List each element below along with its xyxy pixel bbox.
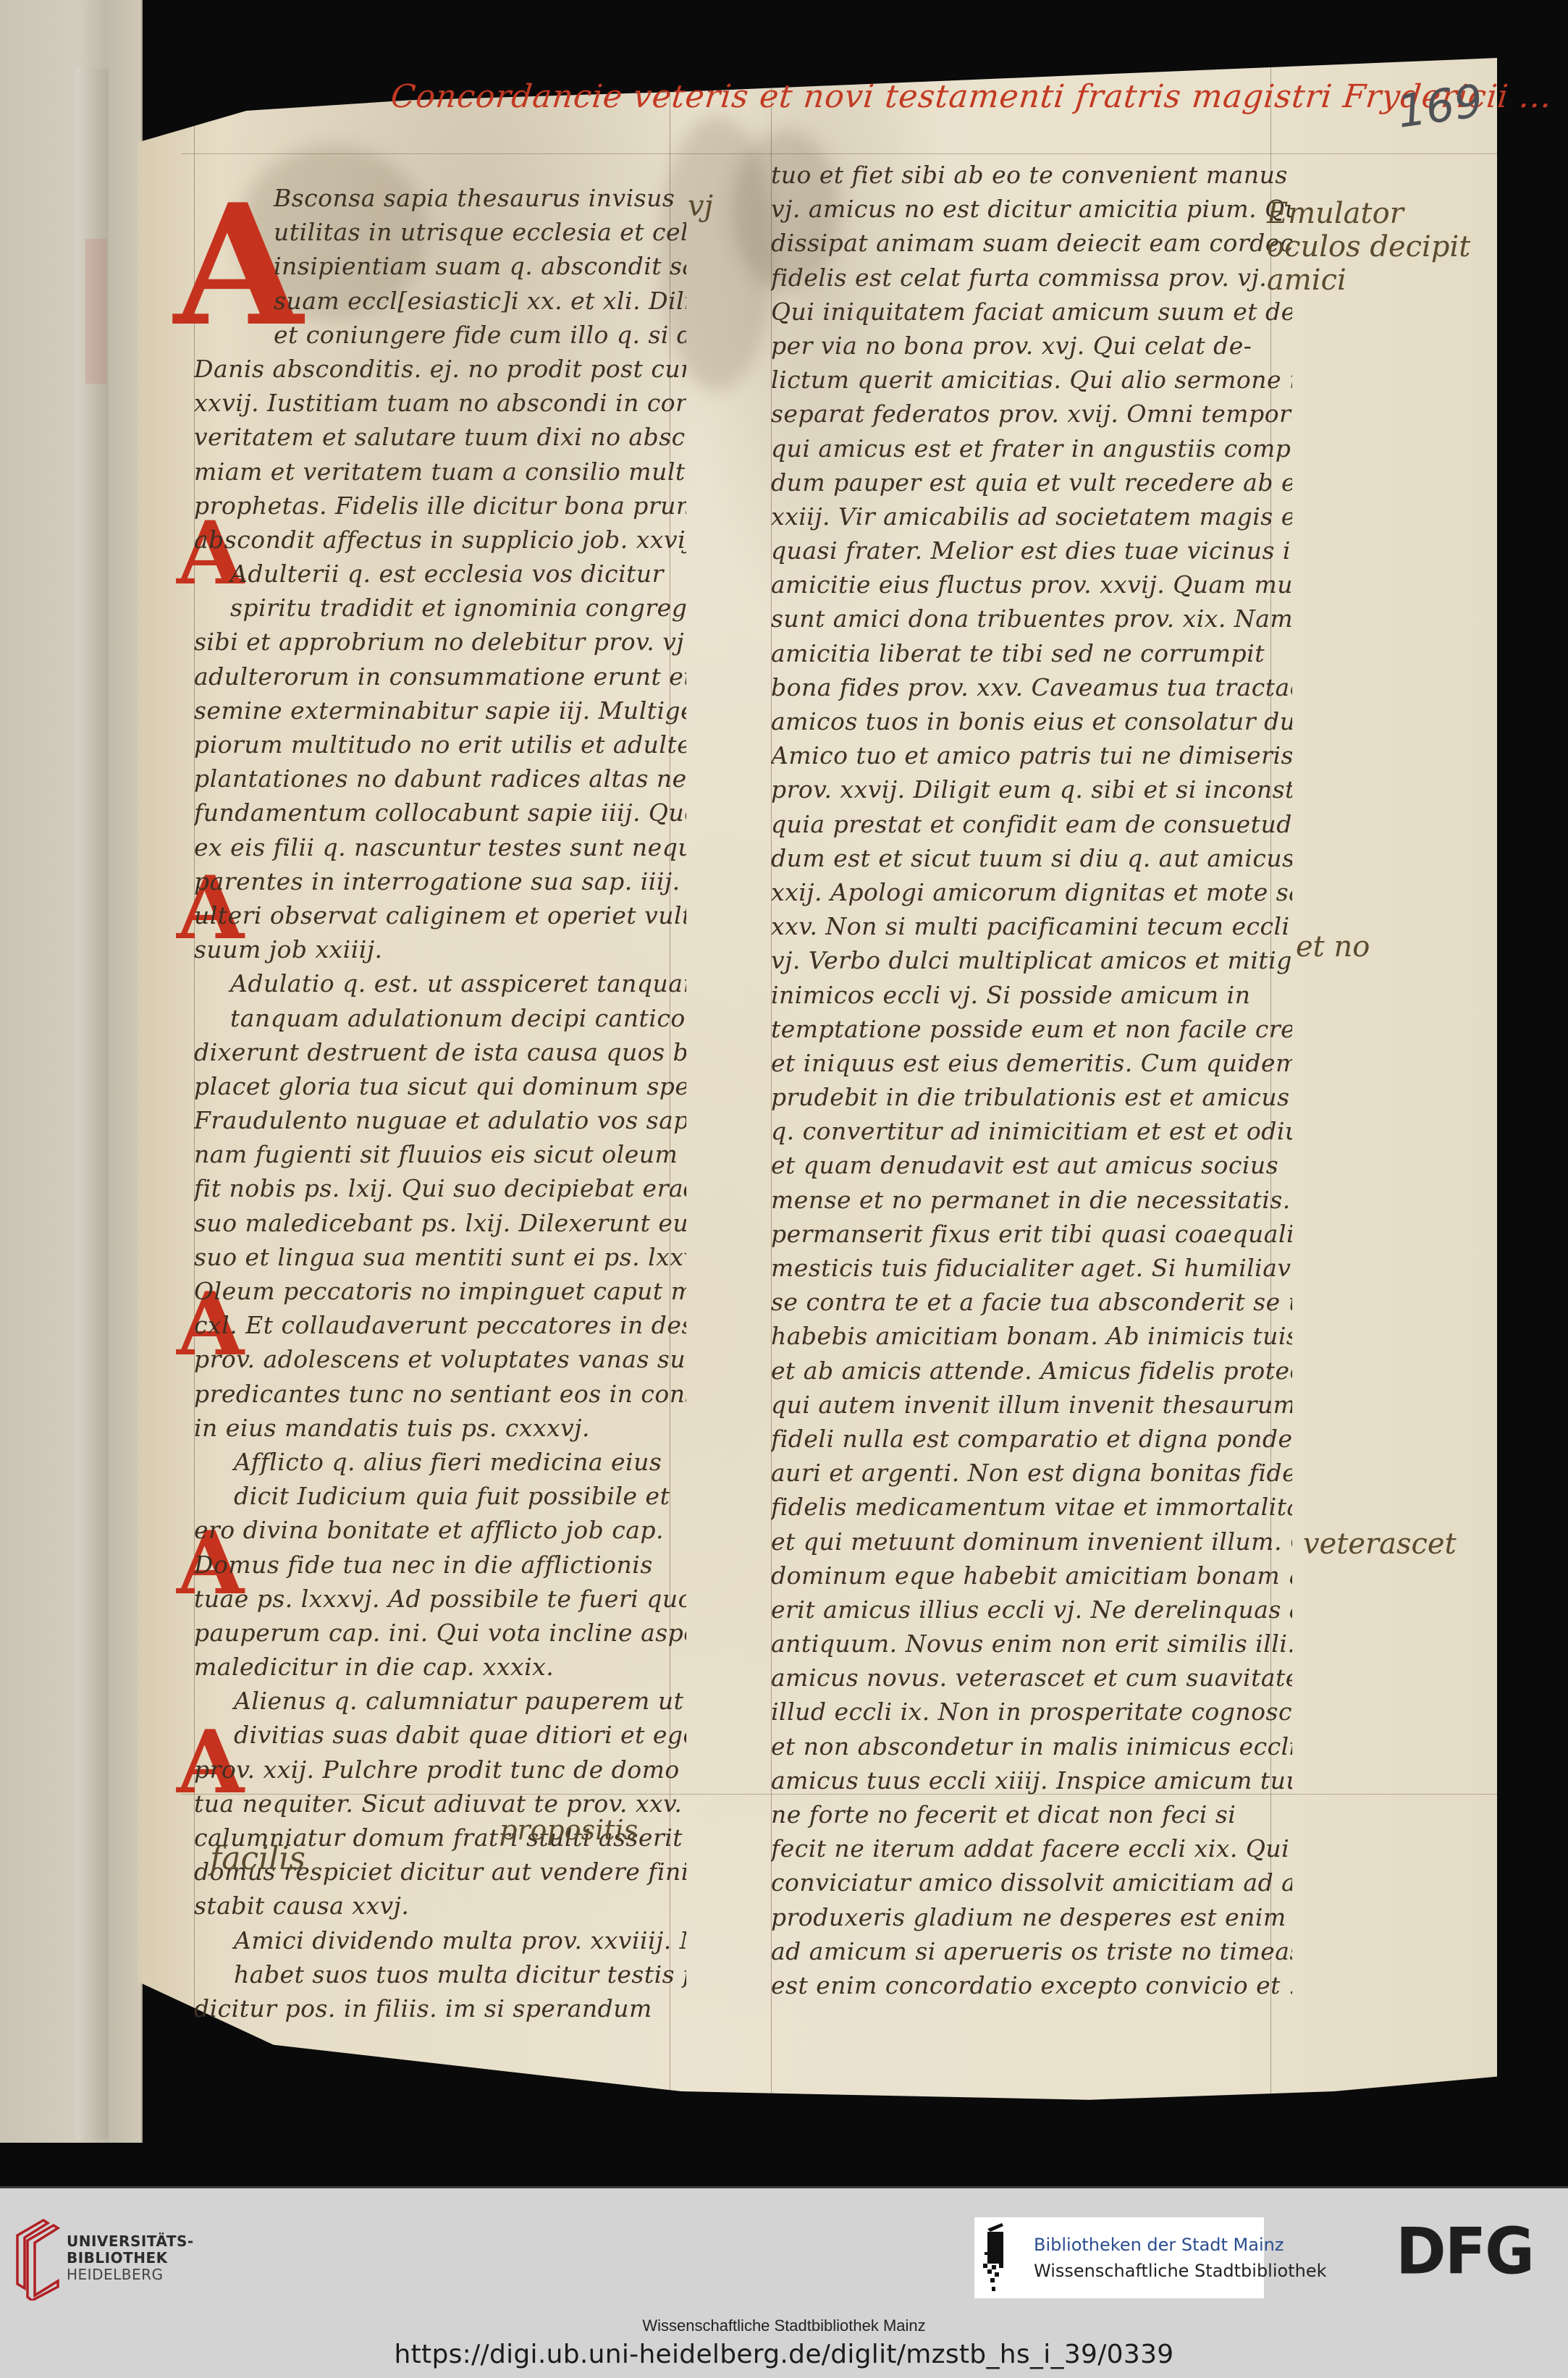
text-line: xxvij. Iustitiam tuam no abscondi in cor…: [194, 386, 686, 420]
text-line: stabit causa xxvj.: [194, 1889, 686, 1923]
text-line: amicitie eius fluctus prov. xxvij. Quam …: [771, 568, 1292, 602]
permalink-url[interactable]: https://digi.ub.uni-heidelberg.de/diglit…: [0, 2340, 1568, 2369]
text-line: Adulatio q. est. ut asspiceret tanquam i…: [194, 966, 686, 1000]
text-line: fecit ne iterum addat facere eccli xix. …: [771, 1831, 1292, 1865]
preceding-leaves: [0, 0, 143, 2143]
text-line: xxv. Non si multi pacificamini tecum ecc…: [771, 909, 1292, 943]
text-line: parentes in interrogatione sua sap. iiij…: [194, 864, 686, 898]
text-line: et iniquus est eius demeritis. Cum quide…: [771, 1046, 1292, 1080]
text-line: suam eccl[esiastic]i xx. et xli. Diligit…: [194, 284, 686, 318]
text-line: q. convertitur ad inimicitiam et est et …: [771, 1114, 1292, 1148]
text-line: habebis amicitiam bonam. Ab inimicis tui…: [771, 1319, 1292, 1353]
text-line: temptatione posside eum et non facile cr…: [771, 1012, 1292, 1046]
mainz-library-logo[interactable]: Bibliotheken der Stadt Mainz Wissenschaf…: [974, 2217, 1264, 2298]
footer-note-propositis: propositis: [500, 1813, 638, 1847]
text-line: utilitas in utrisque ecclesia et celat: [194, 215, 686, 249]
text-line: tanquam adulationum decipi canticorum vj…: [194, 1001, 686, 1035]
text-line: amicos tuos in bonis eius et consolatur …: [771, 704, 1292, 738]
text-line: Alienus q. calumniatur pauperem ut augea…: [194, 1684, 686, 1718]
text-line: Bsconsa sapia thesaurus invisus: [194, 181, 686, 215]
text-line: dum est et sicut tuum si diu q. aut amic…: [771, 841, 1292, 875]
book-pixel-icon: [980, 2223, 1009, 2293]
text-line: adulterorum in consummatione erunt et ab…: [194, 659, 686, 693]
text-line: tuo et fiet sibi ab eo te convenient man…: [771, 158, 1292, 192]
text-line: plantationes no dabunt radices altas nec…: [194, 762, 686, 796]
text-line: Fraudulento nuguae et adulatio vos sapie: [194, 1103, 686, 1137]
text-line: qui autem invenit illum invenit thesauru…: [771, 1388, 1292, 1422]
text-line: dominum eque habebit amicitiam bonam q. …: [771, 1559, 1292, 1593]
text-line: insipientiam suam q. abscondit sapiam: [194, 249, 686, 283]
margin-note: veterascet: [1303, 1527, 1457, 1561]
text-line: ad amicum si aperueris os triste no time…: [771, 1934, 1292, 1968]
text-line: dixerunt destruent de ista causa quos bo…: [194, 1035, 686, 1069]
text-line: sibi et approbrium no delebitur prov. vj…: [194, 625, 686, 659]
mainz-logo-line-2: Wissenschaftliche Stadtbibliothek: [1034, 2261, 1326, 2281]
text-line: semine exterminabitur sapie iij. Multige…: [194, 693, 686, 728]
text-line: Amico tuo et amico patris tui ne dimiser…: [771, 738, 1292, 772]
text-line: placet gloria tua sicut qui dominum sper…: [194, 1069, 686, 1103]
text-line: per via no bona prov. xvj. Qui celat de-: [771, 329, 1292, 363]
text-line: fundamentum collocabunt sapie iiij. Quon…: [194, 796, 686, 830]
text-line: separat federatos prov. xvij. Omni tempo…: [771, 397, 1292, 431]
text-line: et quam denudavit est aut amicus socius: [771, 1148, 1292, 1182]
text-line: Adulterii q. est ecclesia vos dicitur: [194, 557, 686, 591]
text-line: ulteri observat caliginem et operiet vul…: [194, 898, 686, 932]
text-line: dicit Iudicium quia fuit possibile et: [194, 1479, 686, 1513]
text-line: lictum querit amicitias. Qui alio sermon…: [771, 363, 1292, 397]
text-line: erit amicus illius eccli vj. Ne derelinq…: [771, 1593, 1292, 1627]
text-line: divitias suas dabit quae ditiori et egeb…: [194, 1718, 686, 1752]
text-line: dicitur pos. in filiis. im si sperandum: [194, 1991, 686, 2025]
text-line: prudebit in die tribulationis est et ami…: [771, 1080, 1292, 1114]
dfg-logo[interactable]: DFG: [1396, 2219, 1533, 2283]
text-line: permanserit fixus erit tibi quasi coaequ…: [771, 1217, 1292, 1251]
text-line: ex eis filii q. nascuntur testes sunt ne…: [194, 830, 686, 864]
ub-line-3: HEIDELBERG: [67, 2267, 194, 2283]
text-line: Amici dividendo multa prov. xxviiij. Ne …: [194, 1923, 686, 1957]
text-line: dum pauper est quia et vult recedere ab …: [771, 465, 1292, 499]
text-line: dissipat animam suam deiecit eam cordeca…: [771, 226, 1292, 260]
text-line: ne forte no fecerit et dicat non feci si: [771, 1797, 1292, 1831]
text-line: prov. xxvij. Diligit eum q. sibi et si i…: [771, 772, 1292, 806]
text-line: Danis absconditis. ej. no prodit post cu…: [194, 352, 686, 386]
text-line: piorum multitudo no erit utilis et adult…: [194, 728, 686, 762]
mainz-logo-line-1: Bibliotheken der Stadt Mainz: [1034, 2235, 1284, 2255]
text-line: illud eccli ix. Non in prosperitate cogn…: [771, 1695, 1292, 1729]
text-line: veritatem et salutare tuum dixi no absco…: [194, 420, 686, 454]
text-line: auri et argenti. Non est digna bonitas f…: [771, 1456, 1292, 1490]
text-line: fidelis est celat furta commissa prov. v…: [771, 261, 1292, 295]
text-line: ero divina bonitate et afflicto job cap.: [194, 1513, 686, 1547]
text-line: pauperum cap. ini. Qui vota incline aspe: [194, 1616, 686, 1650]
text-line: prov. adolescens et voluptates vanas sun…: [194, 1342, 686, 1376]
text-line: miam et veritatem tuam a consilio multo …: [194, 455, 686, 489]
text-line: fidelis medicamentum vitae et immortalit…: [771, 1490, 1292, 1524]
text-line: et qui metuunt dominum invenient illum. …: [771, 1525, 1292, 1559]
text-line: spiritu tradidit et ignominia congregabi…: [194, 591, 686, 625]
ub-heidelberg-logo-icon: [16, 2217, 62, 2301]
text-line: Domus fide tua nec in die afflictionis: [194, 1548, 686, 1582]
text-line: mense et no permanet in die necessitatis…: [771, 1183, 1292, 1217]
margin-note: et no: [1296, 930, 1370, 964]
manuscript-scan: Concordancie veteris et novi testamenti …: [0, 0, 1568, 2186]
text-line: Oleum peccatoris no impinguet caput meum…: [194, 1274, 686, 1308]
ruling-line: [181, 153, 1499, 154]
text-line: conviciatur amico dissolvit amicitiam ad…: [771, 1865, 1292, 1900]
text-line: Qui iniquitatem faciat amicum suum et de…: [771, 295, 1292, 329]
footer-note-facilis: facilis: [210, 1842, 305, 1876]
text-line: suum job xxiiij.: [194, 932, 686, 966]
text-line: mesticis tuis fiducialiter aget. Si humi…: [771, 1251, 1292, 1285]
text-line: maledicitur in die cap. xxxix.: [194, 1650, 686, 1684]
text-line: nam fugienti sit fluuios eis sicut oleum…: [194, 1137, 686, 1171]
text-line: fideli nulla est comparatio et digna pon…: [771, 1422, 1292, 1456]
text-line: et coniungere fide cum illo q. si decim: [194, 318, 686, 352]
text-line: amicitia liberat te tibi sed ne corrumpi…: [771, 636, 1292, 670]
text-line: in eius mandatis tuis ps. cxxxvj.: [194, 1411, 686, 1445]
text-line: produxeris gladium ne desperes est enim …: [771, 1900, 1292, 1934]
text-line: cxl. Et collaudaverunt peccatores in des…: [194, 1308, 686, 1342]
holding-library-caption: Wissenschaftliche Stadtbibliothek Mainz: [0, 2316, 1568, 2335]
text-line: et non abscondetur in malis inimicus ecc…: [771, 1729, 1292, 1763]
text-line: prophetas. Fidelis ille dicitur bona pru…: [194, 489, 686, 523]
ub-line-2: BIBLIOTHEK: [67, 2250, 194, 2267]
ub-line-1: UNIVERSITÄTS-: [67, 2233, 194, 2250]
text-line: vj. Verbo dulci multiplicat amicos et mi…: [771, 943, 1292, 977]
text-line: Afflicto q. alius fieri medicina eius: [194, 1445, 686, 1479]
text-line: sunt amici dona tribuentes prov. xix. Na…: [771, 602, 1292, 636]
running-head: Concordancie veteris et novi testamenti …: [389, 78, 1554, 115]
text-line: fit nobis ps. lxij. Qui suo decipiebat e…: [194, 1171, 686, 1205]
text-line: predicantes tunc no sentiant eos in cons…: [194, 1377, 686, 1411]
left-text-column: Bsconsa sapia thesaurus invisus utilitas…: [194, 181, 686, 2025]
text-line: quia prestat et confidit eam de consuetu…: [771, 807, 1292, 841]
margin-note: Emulator oculos decipit amici: [1267, 197, 1484, 297]
text-line: qui amicus est et frater in angustiis co…: [771, 431, 1292, 465]
text-line: prov. xxij. Pulchre prodit tunc de domo …: [194, 1753, 686, 1787]
text-line: xxij. Apologi amicorum dignitas et mote …: [771, 875, 1292, 909]
text-line: xxiij. Vir amicabilis ad societatem magi…: [771, 499, 1292, 534]
text-line: se contra te et a facie tua absconderit …: [771, 1285, 1292, 1319]
text-line: habet suos tuos multa dicitur testis fie…: [194, 1957, 686, 1991]
text-line: quasi frater. Melior est dies tuae vicin…: [771, 534, 1292, 568]
text-line: tuae ps. lxxxvj. Ad possibile te fueri q…: [194, 1582, 686, 1616]
text-line: et ab amicis attende. Amicus fidelis pro…: [771, 1354, 1292, 1388]
text-line: antiquum. Novus enim non erit similis il…: [771, 1627, 1292, 1661]
show-through-initial: [85, 239, 107, 384]
text-line: bona fides prov. xxv. Caveamus tua tract…: [771, 670, 1292, 704]
text-line: abscondit affectus in supplicio job. xxv…: [194, 523, 686, 557]
text-line: suo et lingua sua mentiti sunt ei ps. lx…: [194, 1240, 686, 1274]
margin-note: vj: [688, 190, 713, 223]
text-line: suo maledicebant ps. lxij. Dilexerunt eu…: [194, 1206, 686, 1240]
text-line: inimicos eccli vj. Si posside amicum in: [771, 978, 1292, 1012]
text-line: amicus novus. veterascet et cum suavitat…: [771, 1661, 1292, 1695]
ub-heidelberg-wordmark: UNIVERSITÄTS- BIBLIOTHEK HEIDELBERG: [67, 2233, 194, 2283]
text-line: amicus tuus eccli xiiij. Inspice amicum …: [771, 1763, 1292, 1797]
text-line: est enim concordatio excepto convicio et…: [771, 1968, 1292, 2002]
right-text-column: tuo et fiet sibi ab eo te convenient man…: [771, 158, 1292, 2002]
text-line: vj. amicus no est dicitur amicitia pium.…: [771, 192, 1292, 226]
